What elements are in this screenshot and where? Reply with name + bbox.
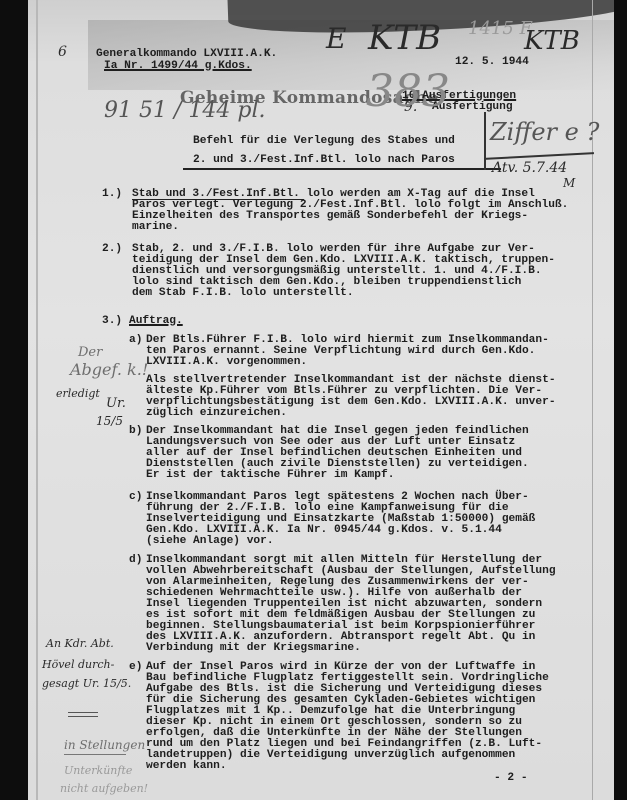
document-page: Generalkommando LXVIII.A.K. Ia Nr. 1499/… bbox=[28, 0, 614, 800]
title-line-1: Befehl für die Verlegung des Stabes und bbox=[193, 135, 455, 147]
item-b-line: Er ist der taktische Führer im Kampf. bbox=[146, 469, 394, 481]
document-date: 12. 5. 1944 bbox=[455, 56, 529, 68]
margin-note-e: gesagt Ur. 15/5. bbox=[42, 677, 131, 690]
margin-strike bbox=[68, 716, 98, 717]
handwritten-ktb-right: KTB bbox=[524, 26, 580, 56]
issuer-line-1: Generalkommando LXVIII.A.K. bbox=[96, 48, 277, 60]
item-c-line: (siehe Anlage) vor. bbox=[146, 535, 274, 547]
item-e-letter: e) bbox=[129, 661, 142, 673]
margin-note-a: Der bbox=[78, 345, 102, 360]
item-d-line: Verbindung mit der Kriegsmarine. bbox=[146, 642, 361, 654]
page-number: - 2 - bbox=[494, 772, 528, 784]
margin-note-a: Abgef. k.! bbox=[70, 360, 148, 379]
handwritten-ktb-center: KTB bbox=[368, 18, 441, 58]
margin-note-e: Unterkünfte bbox=[64, 764, 132, 777]
handwritten-box-mark: M bbox=[563, 176, 575, 190]
note-box-left bbox=[484, 112, 486, 170]
item-c-letter: c) bbox=[129, 491, 142, 503]
margin-note-e: nicht aufgeben! bbox=[60, 782, 148, 795]
handwritten-corner-mark: 6 bbox=[58, 44, 67, 60]
item-a-para2-line: züglich einzureichen. bbox=[146, 407, 287, 419]
margin-rule bbox=[64, 754, 126, 755]
margin-note-e: An Kdr. Abt. bbox=[46, 637, 114, 650]
section-2-line: dem Stab F.I.B. lolo unterstellt. bbox=[132, 287, 354, 299]
item-d-letter: d) bbox=[129, 554, 142, 566]
section-3-number: 3.) bbox=[102, 315, 122, 327]
section-1-number: 1.) bbox=[102, 188, 122, 200]
margin-note-a: erledigt bbox=[56, 387, 100, 400]
title-line-2: 2. und 3./Fest.Inf.Btl. lolo nach Paros bbox=[193, 154, 455, 166]
section-1-line: Einzelheiten des Transportes gemäß Sonde… bbox=[132, 210, 528, 222]
item-a-letter: a) bbox=[129, 334, 142, 346]
margin-note-e: Hövel durch- bbox=[42, 658, 114, 671]
handwritten-box-initial: Atv. 5.7.44 bbox=[492, 160, 567, 176]
margin-strike bbox=[68, 712, 98, 713]
item-a-line: LXVIII.A.K. vorgenommen. bbox=[146, 356, 307, 368]
note-box-bottom bbox=[484, 152, 594, 159]
item-b-letter: b) bbox=[129, 425, 142, 437]
stamp-number: 383 bbox=[366, 66, 450, 117]
issuer-line-2: Ia Nr. 1499/44 g.Kdos. bbox=[104, 60, 252, 72]
handwritten-box-note: Ziffer e ? bbox=[490, 118, 599, 146]
margin-note-a: 15/5 bbox=[96, 414, 123, 428]
title-underline bbox=[183, 168, 501, 170]
section-1-line: marine. bbox=[132, 221, 179, 233]
item-e-line: werden kann. bbox=[146, 760, 227, 772]
margin-edge bbox=[36, 0, 38, 800]
margin-note-e: in Stellungen bbox=[64, 738, 145, 752]
section-2-number: 2.) bbox=[102, 243, 122, 255]
margin-note-a: Ur. bbox=[106, 396, 126, 411]
handwritten-e: E bbox=[326, 22, 346, 55]
section-3-heading: Auftrag. bbox=[129, 315, 183, 327]
handwritten-file-ref: 91 51 / 144 pl. bbox=[104, 98, 265, 123]
handwritten-faint-ref: 1415 F bbox=[468, 18, 532, 39]
